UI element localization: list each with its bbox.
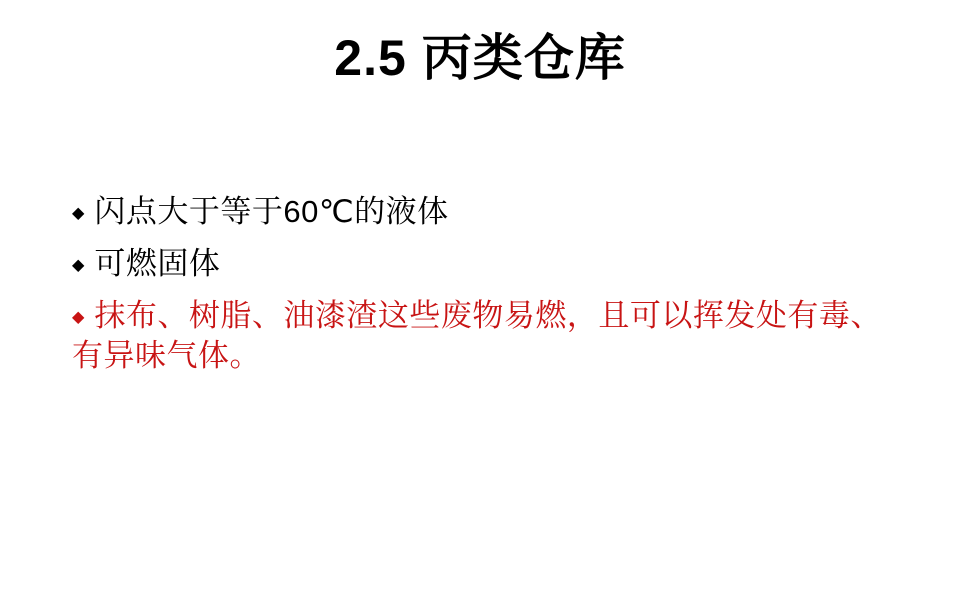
slide-title: 2.5 丙类仓库 [0, 0, 960, 86]
diamond-bullet-icon: ◆ [72, 309, 84, 325]
bullet-item-flammable-waste-note: ◆抹布、树脂、油漆渣这些废物易燃，且可以挥发处有毒、有异味气体。 [72, 296, 908, 376]
diamond-bullet-icon: ◆ [72, 205, 84, 221]
bullet-item-combustible-solid: ◆可燃固体 [72, 244, 908, 284]
presentation-slide: 2.5 丙类仓库 ◆闪点大于等于60℃的液体 ◆可燃固体 ◆抹布、树脂、油漆渣这… [0, 0, 960, 612]
diamond-bullet-icon: ◆ [72, 257, 84, 273]
bullet-text: 抹布、树脂、油漆渣这些废物易燃，且可以挥发处有毒、有异味气体。 [72, 298, 882, 373]
bullet-text: 可燃固体 [94, 246, 220, 281]
bullet-text: 闪点大于等于60℃的液体 [94, 194, 448, 229]
bullet-list: ◆闪点大于等于60℃的液体 ◆可燃固体 ◆抹布、树脂、油漆渣这些废物易燃，且可以… [0, 192, 960, 376]
bullet-item-flashpoint-liquid: ◆闪点大于等于60℃的液体 [72, 192, 908, 232]
